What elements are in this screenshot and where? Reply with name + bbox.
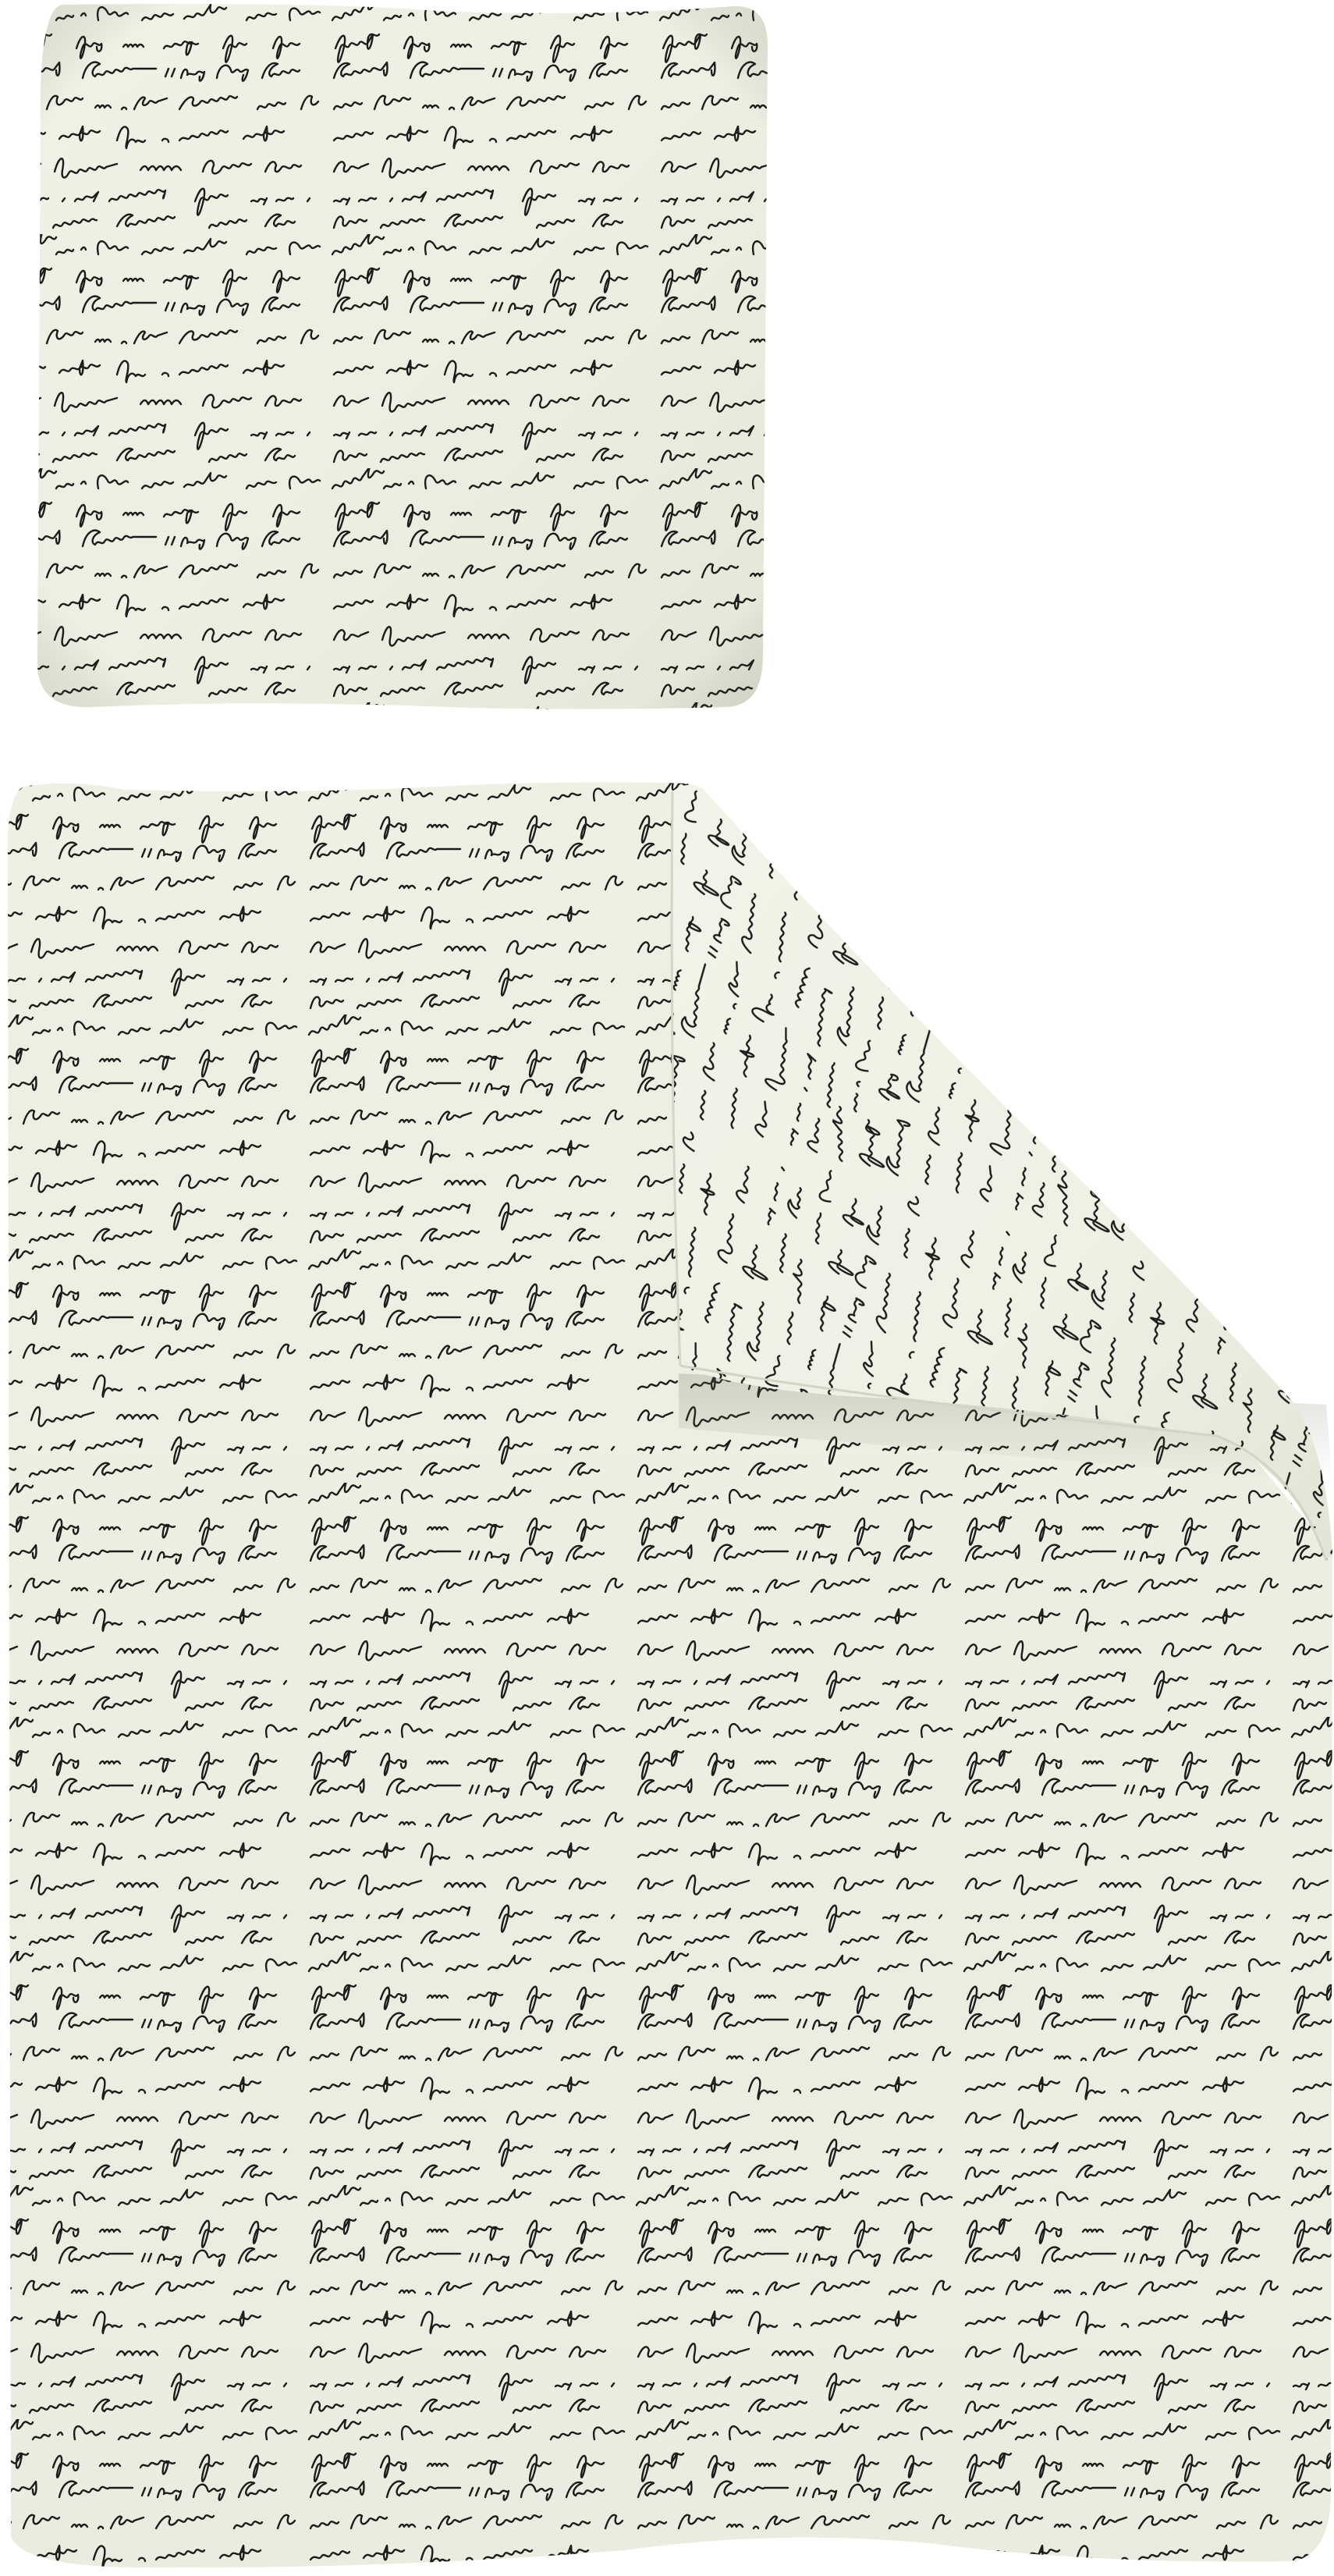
pillowcase-image <box>0 0 1334 734</box>
duvet-cover: Duvet cover <box>0 734 1334 2576</box>
duvet-cover-image <box>0 734 1334 2576</box>
pillowcase: Pillowcase <box>0 0 1334 734</box>
product-scene: Product photo of bedding set with handwr… <box>0 0 1334 2576</box>
